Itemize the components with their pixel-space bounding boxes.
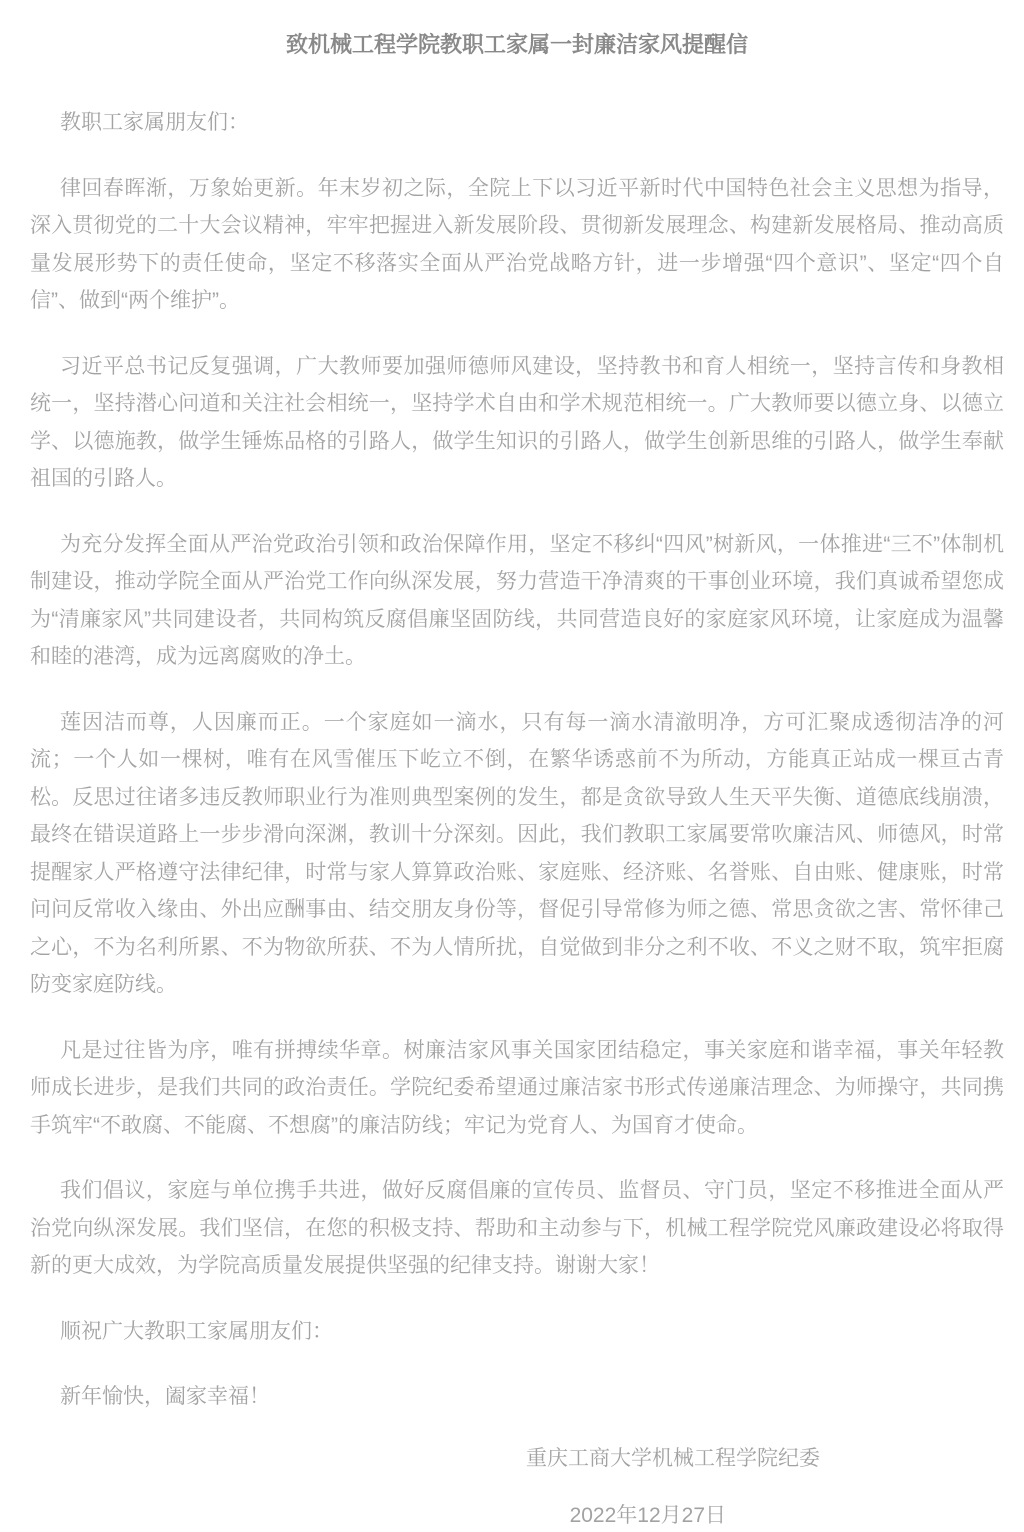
letter-page: 致机械工程学院教职工家属一封廉洁家风提醒信 教职工家属朋友们： 律回春晖渐，万象… <box>0 0 1024 1532</box>
letter-paragraph-4: 莲因洁而尊，人因廉而正。一个家庭如一滴水，只有每一滴水清澈明净，方可汇聚成透彻洁… <box>30 704 1004 1004</box>
letter-salutation: 教职工家属朋友们： <box>30 104 1004 142</box>
letter-closing-wish: 新年愉快，阖家幸福！ <box>30 1378 1004 1416</box>
letter-signature: 重庆工商大学机械工程学院纪委 <box>30 1444 1004 1474</box>
letter-date: 2022年12月27日 <box>30 1501 1004 1531</box>
letter-paragraph-3: 为充分发挥全面从严治党政治引领和政治保障作用，坚定不移纠“四风”树新风，一体推进… <box>30 526 1004 676</box>
letter-paragraph-5: 凡是过往皆为序，唯有拼搏续华章。树廉洁家风事关国家团结稳定，事关家庭和谐幸福，事… <box>30 1032 1004 1145</box>
letter-paragraph-6: 我们倡议，家庭与单位携手共进，做好反腐倡廉的宣传员、监督员、守门员，坚定不移推进… <box>30 1172 1004 1285</box>
letter-paragraph-1: 律回春晖渐，万象始更新。年末岁初之际，全院上下以习近平新时代中国特色社会主义思想… <box>30 170 1004 320</box>
letter-closing-wish-intro: 顺祝广大教职工家属朋友们： <box>30 1313 1004 1351</box>
letter-paragraph-2: 习近平总书记反复强调，广大教师要加强师德师风建设，坚持教书和育人相统一，坚持言传… <box>30 348 1004 498</box>
letter-title: 致机械工程学院教职工家属一封廉洁家风提醒信 <box>30 32 1004 58</box>
